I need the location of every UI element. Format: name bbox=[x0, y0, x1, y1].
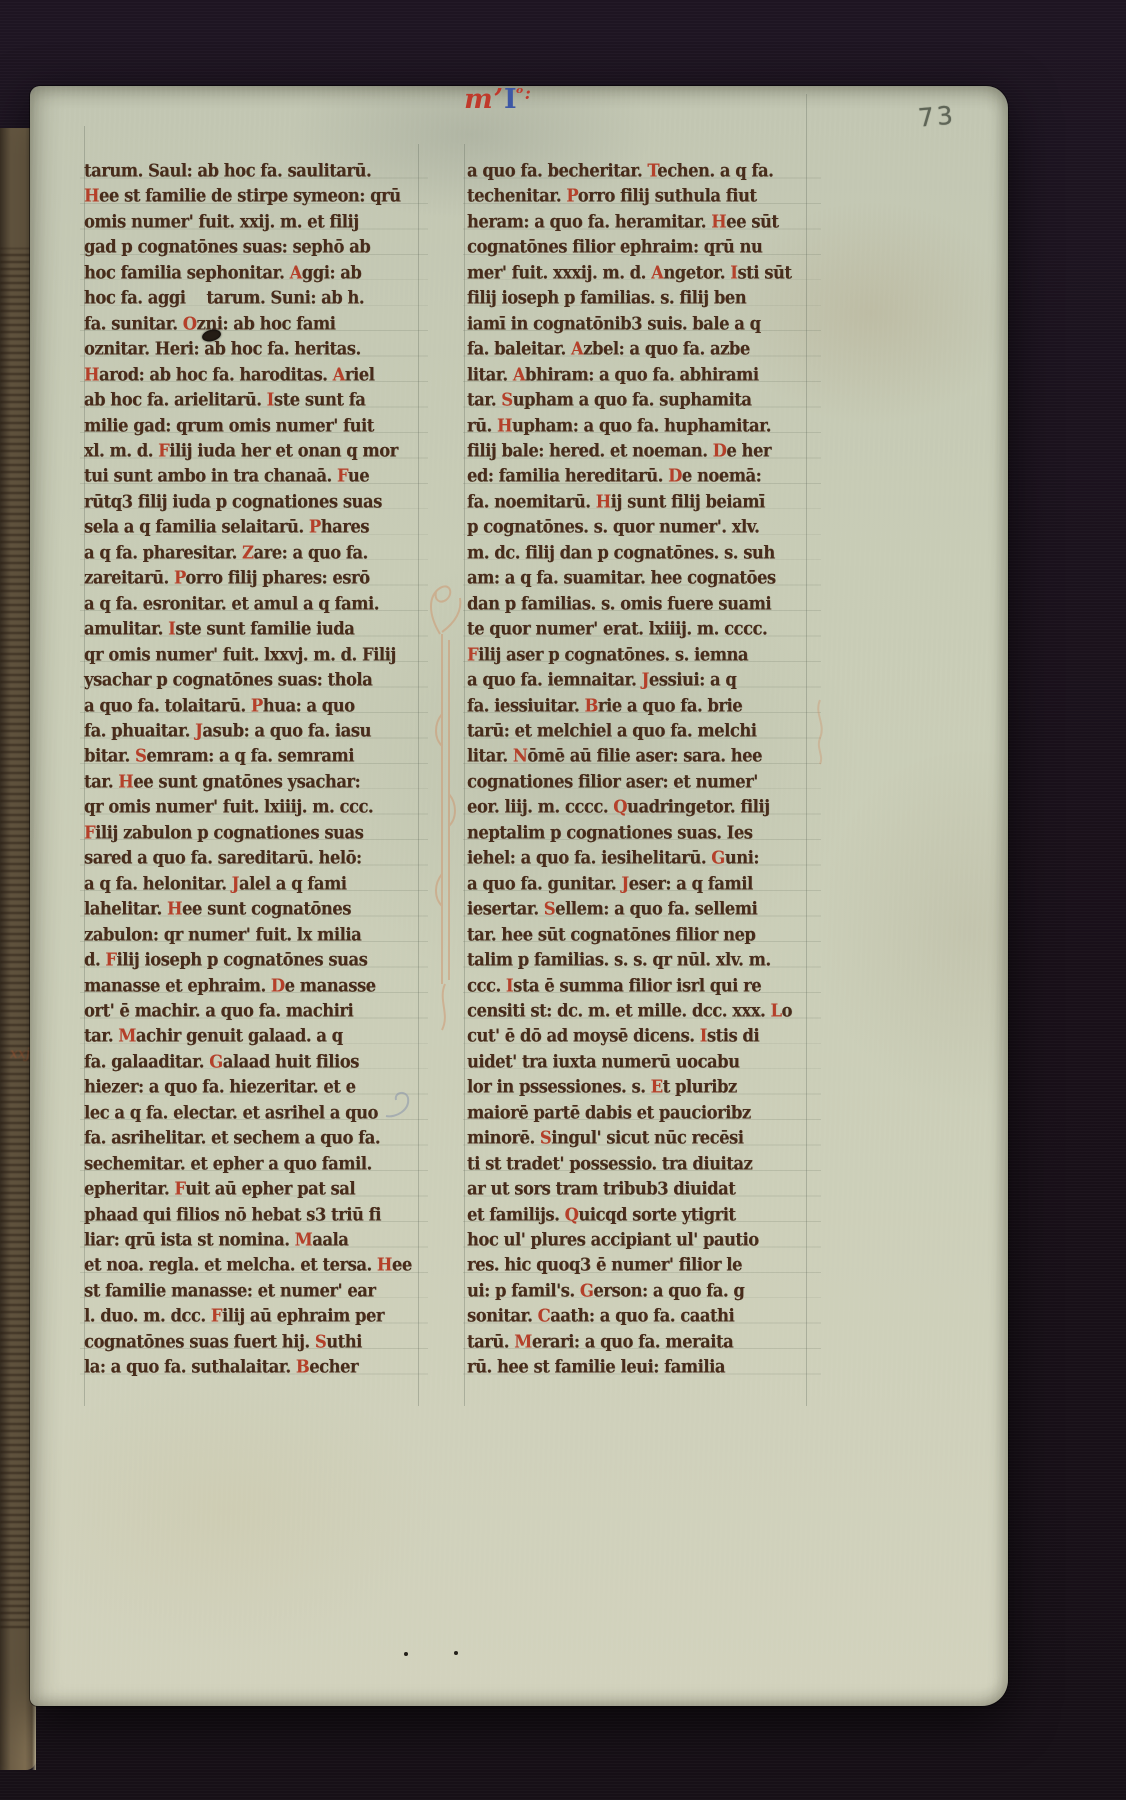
text-line: sechemitar. et epher a quo famil. bbox=[84, 1150, 418, 1177]
text-line: filij ioseph p familias. s. filij ben bbox=[467, 285, 811, 312]
text-line: cognatōnes suas fuert hij. Suthi bbox=[84, 1328, 418, 1355]
text-line: mer' fuit. xxxij. m. d. Angetor. Isti sū… bbox=[467, 259, 811, 286]
text-line: ed: familia hereditarū. De noemā: bbox=[467, 463, 811, 490]
text-line: d. Filij ioseph p cognatōnes suas bbox=[84, 946, 418, 973]
text-line: ar ut sors tram tribub3 diuidat bbox=[467, 1175, 811, 1202]
text-line: maiorē partē dabis et paucioribz bbox=[467, 1099, 811, 1126]
text-line: lahelitar. Hee sunt cognatōnes bbox=[84, 895, 418, 922]
text-line: tar. Supham a quo fa. suphamita bbox=[467, 386, 811, 413]
text-line: milie gad: qrum omis numer' fuit bbox=[84, 412, 418, 439]
text-line: a quo fa. gunitar. Jeser: a q famil bbox=[467, 870, 811, 897]
margin-chapter-mark: xxj bbox=[10, 1046, 30, 1062]
text-line: tar. Machir genuit galaad. a q bbox=[84, 1023, 418, 1050]
text-line: m. dc. filij dan p cognatōnes. s. suh bbox=[467, 539, 811, 566]
text-line: fa. galaaditar. Galaad huit filios bbox=[84, 1048, 418, 1075]
text-line: a quo fa. iemnaitar. Jessiui: a q bbox=[467, 666, 811, 693]
text-line: oznitar. Heri: ab hoc fa. heritas. bbox=[84, 335, 418, 362]
text-line: a q fa. pharesitar. Zare: a quo fa. bbox=[84, 539, 418, 566]
text-line: iehel: a quo fa. iesihelitarū. Guni: bbox=[467, 844, 811, 871]
text-line: epheritar. Fuit aū epher pat sal bbox=[84, 1175, 418, 1202]
blue-flourish bbox=[382, 1090, 416, 1122]
text-line: tarū. Merari: a quo fa. meraita bbox=[467, 1328, 811, 1355]
text-line: ort' ē machir. a quo fa. machiri bbox=[84, 997, 418, 1024]
text-line: fa. sunitar. Ozni: ab hoc fami bbox=[84, 310, 418, 337]
text-line: amulitar. Iste sunt familie iuda bbox=[84, 615, 418, 642]
text-line: te quor numer' erat. lxiiij. m. cccc. bbox=[467, 615, 811, 642]
text-line: ab hoc fa. arielitarū. Iste sunt fa bbox=[84, 386, 418, 413]
text-line: iamī in cognatōnib3 suis. bale a q bbox=[467, 310, 811, 337]
text-line: cut' ē dō ad moysē dicens. Istis di bbox=[467, 1023, 811, 1050]
text-line: filij bale: hered. et noeman. De her bbox=[467, 437, 811, 464]
text-line: bitar. Semram: a q fa. semrami bbox=[84, 743, 418, 770]
text-line: a q fa. helonitar. Jalel a q fami bbox=[84, 870, 418, 897]
text-line: st familie manasse: et numer' ear bbox=[84, 1277, 418, 1304]
text-line: litar. Abhiram: a quo fa. abhirami bbox=[467, 361, 811, 388]
text-line: omis numer' fuit. xxij. m. et filij bbox=[84, 208, 418, 235]
text-line: xl. m. d. Filij iuda her et onan q mor bbox=[84, 437, 418, 464]
text-line: Hee st familie de stirpe symeon: qrū bbox=[84, 183, 418, 210]
text-line: rū. Hupham: a quo fa. huphamitar. bbox=[467, 412, 811, 439]
text-line: lec a q fa. electar. et asrihel a quo bbox=[84, 1099, 418, 1126]
text-line: talim p familias. s. s. qr nūl. xlv. m. bbox=[467, 946, 811, 973]
text-line: uidet' tra iuxta numerū uocabu bbox=[467, 1048, 811, 1075]
manuscript-photo: { "photo": { "description_folio_number":… bbox=[0, 0, 1126, 1800]
text-line: tar. hee sūt cognatōnes filior nep bbox=[467, 921, 811, 948]
running-title-red-letter: m’ bbox=[464, 84, 504, 115]
text-line: Filij aser p cognatōnes. s. iemna bbox=[467, 641, 811, 668]
text-line: a quo fa. tolaitarū. Phua: a quo bbox=[84, 692, 418, 719]
text-line: eor. liij. m. cccc. Quadringetor. filij bbox=[467, 794, 811, 821]
text-line: la: a quo fa. suthalaitar. Becher bbox=[84, 1354, 418, 1381]
text-line: ccc. Ista ē summa filior isrl qui re bbox=[467, 972, 811, 999]
text-line: ti st tradet' possessio. tra diuitaz bbox=[467, 1150, 811, 1177]
text-line: tar. Hee sunt gnatōnes ysachar: bbox=[84, 768, 418, 795]
text-line: gad p cognatōnes suas: sephō ab bbox=[84, 234, 418, 261]
text-line: rūtq3 filij iuda p cognationes suas bbox=[84, 488, 418, 515]
text-line: phaad qui filios nō hebat s3 triū fi bbox=[84, 1201, 418, 1228]
text-line: hoc fa. aggi tarum. Suni: ab h. bbox=[84, 285, 418, 312]
text-line: zareitarū. Porro filij phares: esrō bbox=[84, 564, 418, 591]
manuscript-page: m’Iᵒ: 73 tarum. Saul: ab hoc fa. saulita… bbox=[30, 86, 1008, 1706]
text-line: et noa. regla. et melcha. et tersa. Hee bbox=[84, 1252, 418, 1279]
text-line: manasse et ephraim. De manasse bbox=[84, 972, 418, 999]
text-line: heram: a quo fa. heramitar. Hee sūt bbox=[467, 208, 811, 235]
text-line: Filij zabulon p cognationes suas bbox=[84, 819, 418, 846]
text-line: a q fa. esronitar. et amul a q fami. bbox=[84, 590, 418, 617]
text-line: dan p familias. s. omis fuere suami bbox=[467, 590, 811, 617]
text-line: et familijs. Quicqd sorte ytigrit bbox=[467, 1201, 811, 1228]
text-line: p cognatōnes. s. quor numer'. xlv. bbox=[467, 514, 811, 541]
text-line: a quo fa. becheritar. Techen. a q fa. bbox=[467, 157, 811, 184]
text-line: ysachar p cognatōnes suas: thola bbox=[84, 666, 418, 693]
text-line: am: a q fa. suamitar. hee cognatōes bbox=[467, 564, 811, 591]
text-line: fa. asrihelitar. et sechem a quo fa. bbox=[84, 1124, 418, 1151]
text-line: rū. hee st familie leui: familia bbox=[467, 1354, 811, 1381]
text-line: cognationes filior aser: et numer' bbox=[467, 768, 811, 795]
showthrough-text-lines bbox=[0, 248, 30, 1628]
text-line: sared a quo fa. sareditarū. helō: bbox=[84, 844, 418, 871]
running-title: m’Iᵒ: bbox=[438, 84, 558, 115]
text-line: fa. iessiuitar. Brie a quo fa. brie bbox=[467, 692, 811, 719]
text-line: fa. phuaitar. Jasub: a quo fa. iasu bbox=[84, 717, 418, 744]
text-line: censiti st: dc. m. et mille. dcc. xxx. L… bbox=[467, 997, 811, 1024]
folio-number: 73 bbox=[917, 100, 957, 132]
text-line: minorē. Singul' sicut nūc recēsi bbox=[467, 1124, 811, 1151]
ink-speck bbox=[454, 1651, 458, 1655]
text-line: techenitar. Porro filij suthula fiut bbox=[467, 183, 811, 210]
text-line: liar: qrū ista st nomina. Maala bbox=[84, 1226, 418, 1253]
text-line: tui sunt ambo in tra chanaā. Fue bbox=[84, 463, 418, 490]
text-line: qr omis numer' fuit. lxiiij. m. ccc. bbox=[84, 794, 418, 821]
text-line: hoc familia sephonitar. Aggi: ab bbox=[84, 259, 418, 286]
text-line: Harod: ab hoc fa. haroditas. Ariel bbox=[84, 361, 418, 388]
text-line: sela a q familia selaitarū. Phares bbox=[84, 514, 418, 541]
text-line: l. duo. m. dcc. Filij aū ephraim per bbox=[84, 1303, 418, 1330]
text-column-right: a quo fa. becheritar. Techen. a q fa.tec… bbox=[467, 158, 813, 1380]
text-line: sonitar. Caath: a quo fa. caathi bbox=[467, 1303, 811, 1330]
right-margin-penwork bbox=[810, 696, 832, 766]
text-line: ui: p famil's. Gerson: a quo fa. g bbox=[467, 1277, 811, 1304]
text-line: hiezer: a quo fa. hiezeritar. et e bbox=[84, 1074, 418, 1101]
running-title-red-points: ᵒ: bbox=[516, 84, 532, 104]
text-line: res. hic quoq3 ē numer' filior le bbox=[467, 1252, 811, 1279]
text-line: cognatōnes filior ephraim: qrū nu bbox=[467, 234, 811, 261]
text-line: hoc ul' plures accipiant ul' pautio bbox=[467, 1226, 811, 1253]
text-line: qr omis numer' fuit. lxxvj. m. d. Filij bbox=[84, 641, 418, 668]
text-line: neptalim p cognationes suas. Ies bbox=[467, 819, 811, 846]
ink-speck bbox=[404, 1652, 408, 1656]
text-line: litar. Nōmē aū filie aser: sara. hee bbox=[467, 743, 811, 770]
text-line: fa. noemitarū. Hij sunt filij beiamī bbox=[467, 488, 811, 515]
text-line: zabulon: qr numer' fuit. lx milia bbox=[84, 921, 418, 948]
text-column-left: tarum. Saul: ab hoc fa. saulitarū.Hee st… bbox=[84, 158, 420, 1380]
text-line: iesertar. Sellem: a quo fa. sellemi bbox=[467, 895, 811, 922]
text-line: tarum. Saul: ab hoc fa. saulitarū. bbox=[84, 157, 418, 184]
text-line: fa. baleitar. Azbel: a quo fa. azbe bbox=[467, 335, 811, 362]
gutter-penwork-flourish bbox=[420, 514, 466, 1034]
text-line: lor in pssessiones. s. Et pluribz bbox=[467, 1074, 811, 1101]
text-line: tarū: et melchiel a quo fa. melchi bbox=[467, 717, 811, 744]
